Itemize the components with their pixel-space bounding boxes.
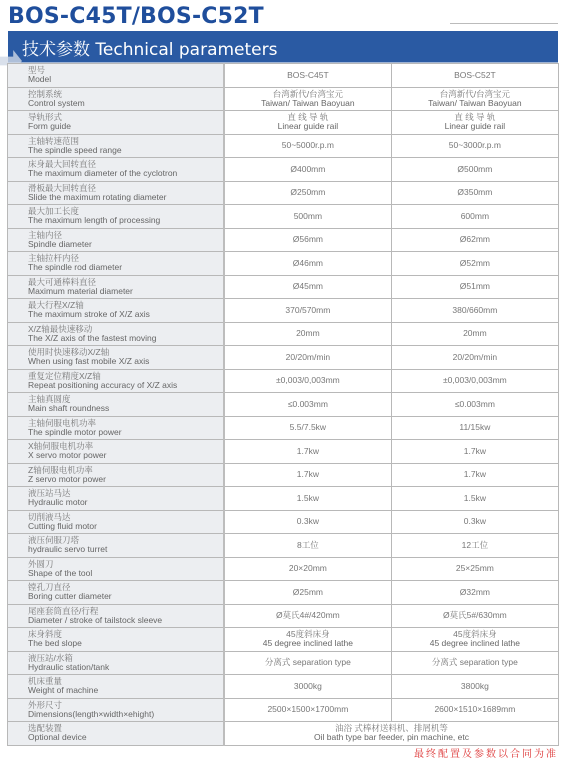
value-c45t: 0.3kw (224, 510, 391, 534)
value-line-en: Linear guide rail (392, 122, 558, 131)
value-c45t: 分离式 separation type (224, 651, 391, 675)
value-line: 25×25mm (392, 564, 558, 573)
table-row: 尾座套筒直径/行程Diameter / stroke of tailstock … (8, 604, 559, 628)
table-row: 切削液马达Cutting fluid motor 0.3kw 0.3kw (8, 510, 559, 534)
value-line: Ø56mm (225, 235, 391, 244)
value-c45t: 20/20m/min (224, 346, 391, 370)
value-line: 分离式 separation type (392, 658, 558, 667)
param-en: Model (28, 75, 223, 84)
param-label: 镗孔刀直径Boring cutter diameter (8, 581, 225, 605)
value-c45t: 1.5kw (224, 487, 391, 511)
param-en: The maximum stroke of X/Z axis (28, 310, 223, 319)
section-banner: 技术参数 Technical parameters (8, 31, 558, 63)
table-row: 镗孔刀直径Boring cutter diameter Ø25mm Ø32mm (8, 581, 559, 605)
param-label: 主轴拉杆内径The spindle rod diameter (8, 252, 225, 276)
value-line: Ø46mm (225, 259, 391, 268)
table-row: Z轴伺服电机功率Z servo motor power 1.7kw 1.7kw (8, 463, 559, 487)
value-c52t: ±0,003/0,003mm (391, 369, 558, 393)
value-c45t: ±0,003/0,003mm (224, 369, 391, 393)
param-en: The spindle speed range (28, 146, 223, 155)
value-line: BOS-C45T (225, 71, 391, 80)
value-line: ≤0.003mm (392, 400, 558, 409)
value-line: Ø莫氏5#/630mm (392, 611, 558, 620)
value-c45t: 3000kg (224, 675, 391, 699)
value-c52t: 25×25mm (391, 557, 558, 581)
value-line: 20/20m/min (392, 353, 558, 362)
param-en: Optional device (28, 733, 223, 742)
param-en: Spindle diameter (28, 240, 223, 249)
value-line: ±0,003/0,003mm (225, 376, 391, 385)
value-c45t: 45度斜床身45 degree inclined lathe (224, 628, 391, 652)
value-line: 20mm (225, 329, 391, 338)
table-row: 导轨形式Form guide 直 线 导 轨Linear guide rail … (8, 111, 559, 135)
param-label: 床身斜度The bed slope (8, 628, 225, 652)
param-en: The maximum length of processing (28, 216, 223, 225)
table-row: 床身最大回转直径The maximum diameter of the cycl… (8, 158, 559, 182)
table-row: 外形尺寸Dimensions(length×width×ehight) 2500… (8, 698, 559, 722)
value-c45t: 370/570mm (224, 299, 391, 323)
value-c52t: Ø51mm (391, 275, 558, 299)
value-line: 分离式 separation type (225, 658, 391, 667)
value-line: 1.7kw (392, 470, 558, 479)
value-c52t: 50~3000r.p.m (391, 134, 558, 158)
value-line: 50~5000r.p.m (225, 141, 391, 150)
param-en: Diameter / stroke of tailstock sleeve (28, 616, 223, 625)
value-line-en: 45 degree inclined lathe (392, 639, 558, 648)
table-row: 主轴转速范围The spindle speed range 50~5000r.p… (8, 134, 559, 158)
value-line: 370/570mm (225, 306, 391, 315)
value-c52t: BOS-C52T (391, 64, 558, 88)
param-en: Hydraulic motor (28, 498, 223, 507)
value-c52t: 380/660mm (391, 299, 558, 323)
param-en: Repeat positioning accuracy of X/Z axis (28, 381, 223, 390)
value-c45t: 5.5/7.5kw (224, 416, 391, 440)
table-row: 重复定位精度X/Z轴Repeat positioning accuracy of… (8, 369, 559, 393)
value-line-en: Taiwan/ Taiwan Baoyuan (392, 99, 558, 108)
value-c52t: Ø500mm (391, 158, 558, 182)
param-label: 外形尺寸Dimensions(length×width×ehight) (8, 698, 225, 722)
param-en: The spindle rod diameter (28, 263, 223, 272)
param-label: 导轨形式Form guide (8, 111, 225, 135)
param-en: Slide the maximum rotating diameter (28, 193, 223, 202)
value-c52t: 600mm (391, 205, 558, 229)
param-en: X servo motor power (28, 451, 223, 460)
param-label: 液压站/水箱Hydraulic station/tank (8, 651, 225, 675)
param-label: 床身最大回转直径The maximum diameter of the cycl… (8, 158, 225, 182)
value-line: 0.3kw (392, 517, 558, 526)
value-c45t: BOS-C45T (224, 64, 391, 88)
table-row: 控制系统Control system 台湾新代/台湾宝元Taiwan/ Taiw… (8, 87, 559, 111)
value-c45t: Ø400mm (224, 158, 391, 182)
value-line: Ø51mm (392, 282, 558, 291)
param-label: 最大可通棒料直径Maximum material diameter (8, 275, 225, 299)
param-label: 机床重量Weight of machine (8, 675, 225, 699)
value-c45t: ≤0.003mm (224, 393, 391, 417)
value-c52t: 1.7kw (391, 463, 558, 487)
table-row-optional: 选配装置Optional device 油浴 式棒材送料机、排屑机等Oil ba… (8, 722, 559, 746)
value-c45t: Ø45mm (224, 275, 391, 299)
param-en: Weight of machine (28, 686, 223, 695)
param-label: X轴伺服电机功率X servo motor power (8, 440, 225, 464)
value-line: 1.7kw (225, 470, 391, 479)
param-en: When using fast mobile X/Z axis (28, 357, 223, 366)
param-en: hydraulic servo turret (28, 545, 223, 554)
param-label: 外圆刀Shape of the tool (8, 557, 225, 581)
value-c45t: Ø46mm (224, 252, 391, 276)
value-c45t: 2500×1500×1700mm (224, 698, 391, 722)
table-row: 主轴伺服电机功率The spindle motor power 5.5/7.5k… (8, 416, 559, 440)
table-row: 最大行程X/Z轴The maximum stroke of X/Z axis 3… (8, 299, 559, 323)
param-en: Control system (28, 99, 223, 108)
param-label: 型号Model (8, 64, 225, 88)
param-label: 选配装置Optional device (8, 722, 225, 746)
table-row: 机床重量Weight of machine 3000kg 3800kg (8, 675, 559, 699)
param-label: 液压站马达Hydraulic motor (8, 487, 225, 511)
param-en: The maximum diameter of the cyclotron (28, 169, 223, 178)
param-label: 主轴转速范围The spindle speed range (8, 134, 225, 158)
value-c52t: 3800kg (391, 675, 558, 699)
value-c45t: 直 线 导 轨Linear guide rail (224, 111, 391, 135)
value-line: ±0,003/0,003mm (392, 376, 558, 385)
optional-value: 油浴 式棒材送料机、排屑机等Oil bath type bar feeder, … (224, 722, 559, 746)
param-label: 切削液马达Cutting fluid motor (8, 510, 225, 534)
table-row: 液压站马达Hydraulic motor 1.5kw 1.5kw (8, 487, 559, 511)
value-line: 50~3000r.p.m (392, 141, 558, 150)
param-label: 滑板最大回转直径Slide the maximum rotating diame… (8, 181, 225, 205)
value-line: Ø45mm (225, 282, 391, 291)
title-rule (450, 23, 558, 24)
value-line: Ø25mm (225, 588, 391, 597)
value-line: 11/15kw (392, 423, 558, 432)
value-c52t: 1.5kw (391, 487, 558, 511)
value-line: Ø500mm (392, 165, 558, 174)
value-line-en: 45 degree inclined lathe (225, 639, 391, 648)
value-c52t: 1.7kw (391, 440, 558, 464)
table-row: 床身斜度The bed slope 45度斜床身45 degree inclin… (8, 628, 559, 652)
optional-en: Oil bath type bar feeder, pin machine, e… (225, 733, 558, 742)
param-en: Boring cutter diameter (28, 592, 223, 601)
value-line: Ø400mm (225, 165, 391, 174)
value-line: Ø350mm (392, 188, 558, 197)
table-row: 滑板最大回转直径Slide the maximum rotating diame… (8, 181, 559, 205)
value-line: 2500×1500×1700mm (225, 705, 391, 714)
param-label: 主轴内径Spindle diameter (8, 228, 225, 252)
value-c52t: Ø350mm (391, 181, 558, 205)
value-c45t: 台湾新代/台湾宝元Taiwan/ Taiwan Baoyuan (224, 87, 391, 111)
value-line: 20mm (392, 329, 558, 338)
value-line: 8工位 (225, 541, 391, 550)
table-row: X轴伺服电机功率X servo motor power 1.7kw 1.7kw (8, 440, 559, 464)
param-label: 主轴伺服电机功率The spindle motor power (8, 416, 225, 440)
table-row: 主轴内径Spindle diameter Ø56mm Ø62mm (8, 228, 559, 252)
param-en: Cutting fluid motor (28, 522, 223, 531)
param-label: 主轴真圆度Main shaft roundness (8, 393, 225, 417)
table-row: X/Z轴最快速移动The X/Z axis of the fastest mov… (8, 322, 559, 346)
param-en: The X/Z axis of the fastest moving (28, 334, 223, 343)
value-c45t: Ø250mm (224, 181, 391, 205)
spec-table: 型号Model BOS-C45T BOS-C52T控制系统Control sys… (7, 63, 559, 746)
param-label: 重复定位精度X/Z轴Repeat positioning accuracy of… (8, 369, 225, 393)
value-line: 3000kg (225, 682, 391, 691)
value-line: ≤0.003mm (225, 400, 391, 409)
value-line: 0.3kw (225, 517, 391, 526)
param-label: 最大加工长度The maximum length of processing (8, 205, 225, 229)
param-label: 最大行程X/Z轴The maximum stroke of X/Z axis (8, 299, 225, 323)
table-row: 液压站/水箱Hydraulic station/tank 分离式 separat… (8, 651, 559, 675)
value-c45t: 20×20mm (224, 557, 391, 581)
banner-title: 技术参数 Technical parameters (22, 35, 277, 60)
table-row: 外圆刀Shape of the tool 20×20mm 25×25mm (8, 557, 559, 581)
value-line: 5.5/7.5kw (225, 423, 391, 432)
value-line: 20×20mm (225, 564, 391, 573)
value-c52t: Ø52mm (391, 252, 558, 276)
value-line: Ø莫氏4#/420mm (225, 611, 391, 620)
param-label: 尾座套筒直径/行程Diameter / stroke of tailstock … (8, 604, 225, 628)
value-c45t: 20mm (224, 322, 391, 346)
value-line: 12工位 (392, 541, 558, 550)
value-line: 1.5kw (392, 494, 558, 503)
param-en: The spindle motor power (28, 428, 223, 437)
value-c45t: Ø56mm (224, 228, 391, 252)
param-cn: 型号 (28, 66, 223, 75)
value-c52t: 20mm (391, 322, 558, 346)
value-c52t: 20/20m/min (391, 346, 558, 370)
value-line: 380/660mm (392, 306, 558, 315)
value-line: 20/20m/min (225, 353, 391, 362)
value-line: BOS-C52T (392, 71, 558, 80)
param-label: 控制系统Control system (8, 87, 225, 111)
value-line: Ø250mm (225, 188, 391, 197)
value-c52t: 分离式 separation type (391, 651, 558, 675)
value-c45t: 50~5000r.p.m (224, 134, 391, 158)
value-line-en: Taiwan/ Taiwan Baoyuan (225, 99, 391, 108)
value-line: 600mm (392, 212, 558, 221)
param-en: Z servo motor power (28, 475, 223, 484)
param-en: The bed slope (28, 639, 223, 648)
footnote: 最终配置及参数以合同为准 (414, 745, 558, 760)
param-label: X/Z轴最快速移动The X/Z axis of the fastest mov… (8, 322, 225, 346)
value-c52t: 直 线 导 轨Linear guide rail (391, 111, 558, 135)
value-c45t: 8工位 (224, 534, 391, 558)
table-row: 最大可通棒料直径Maximum material diameter Ø45mm … (8, 275, 559, 299)
value-c52t: 12工位 (391, 534, 558, 558)
value-c52t: Ø62mm (391, 228, 558, 252)
value-c52t: 台湾新代/台湾宝元Taiwan/ Taiwan Baoyuan (391, 87, 558, 111)
value-c45t: 1.7kw (224, 440, 391, 464)
value-line: Ø32mm (392, 588, 558, 597)
value-line: 1.7kw (225, 447, 391, 456)
param-en: Form guide (28, 122, 223, 131)
value-c52t: ≤0.003mm (391, 393, 558, 417)
value-c52t: 0.3kw (391, 510, 558, 534)
page-title: BOS-C45T/BOS-C52T (8, 4, 264, 29)
param-en: Shape of the tool (28, 569, 223, 578)
table-row: 液压伺服刀塔hydraulic servo turret 8工位 12工位 (8, 534, 559, 558)
param-label: 液压伺服刀塔hydraulic servo turret (8, 534, 225, 558)
param-en: Dimensions(length×width×ehight) (28, 710, 223, 719)
value-line: 1.7kw (392, 447, 558, 456)
value-c52t: 45度斜床身45 degree inclined lathe (391, 628, 558, 652)
table-row: 使用时快速移动X/Z轴When using fast mobile X/Z ax… (8, 346, 559, 370)
param-label: 使用时快速移动X/Z轴When using fast mobile X/Z ax… (8, 346, 225, 370)
value-line: 2600×1510×1689mm (392, 705, 558, 714)
value-c52t: Ø32mm (391, 581, 558, 605)
value-line-en: Linear guide rail (225, 122, 391, 131)
table-row: 型号Model BOS-C45T BOS-C52T (8, 64, 559, 88)
param-label: Z轴伺服电机功率Z servo motor power (8, 463, 225, 487)
value-c52t: Ø莫氏5#/630mm (391, 604, 558, 628)
value-c45t: Ø25mm (224, 581, 391, 605)
table-row: 主轴真圆度Main shaft roundness ≤0.003mm ≤0.00… (8, 393, 559, 417)
param-en: Maximum material diameter (28, 287, 223, 296)
param-en: Hydraulic station/tank (28, 663, 223, 672)
value-c45t: Ø莫氏4#/420mm (224, 604, 391, 628)
value-c52t: 11/15kw (391, 416, 558, 440)
value-line: Ø52mm (392, 259, 558, 268)
value-line: 500mm (225, 212, 391, 221)
value-c52t: 2600×1510×1689mm (391, 698, 558, 722)
value-line: Ø62mm (392, 235, 558, 244)
table-row: 主轴拉杆内径The spindle rod diameter Ø46mm Ø52… (8, 252, 559, 276)
value-line: 3800kg (392, 682, 558, 691)
value-c45t: 500mm (224, 205, 391, 229)
value-line: 1.5kw (225, 494, 391, 503)
table-row: 最大加工长度The maximum length of processing 5… (8, 205, 559, 229)
value-c45t: 1.7kw (224, 463, 391, 487)
param-en: Main shaft roundness (28, 404, 223, 413)
